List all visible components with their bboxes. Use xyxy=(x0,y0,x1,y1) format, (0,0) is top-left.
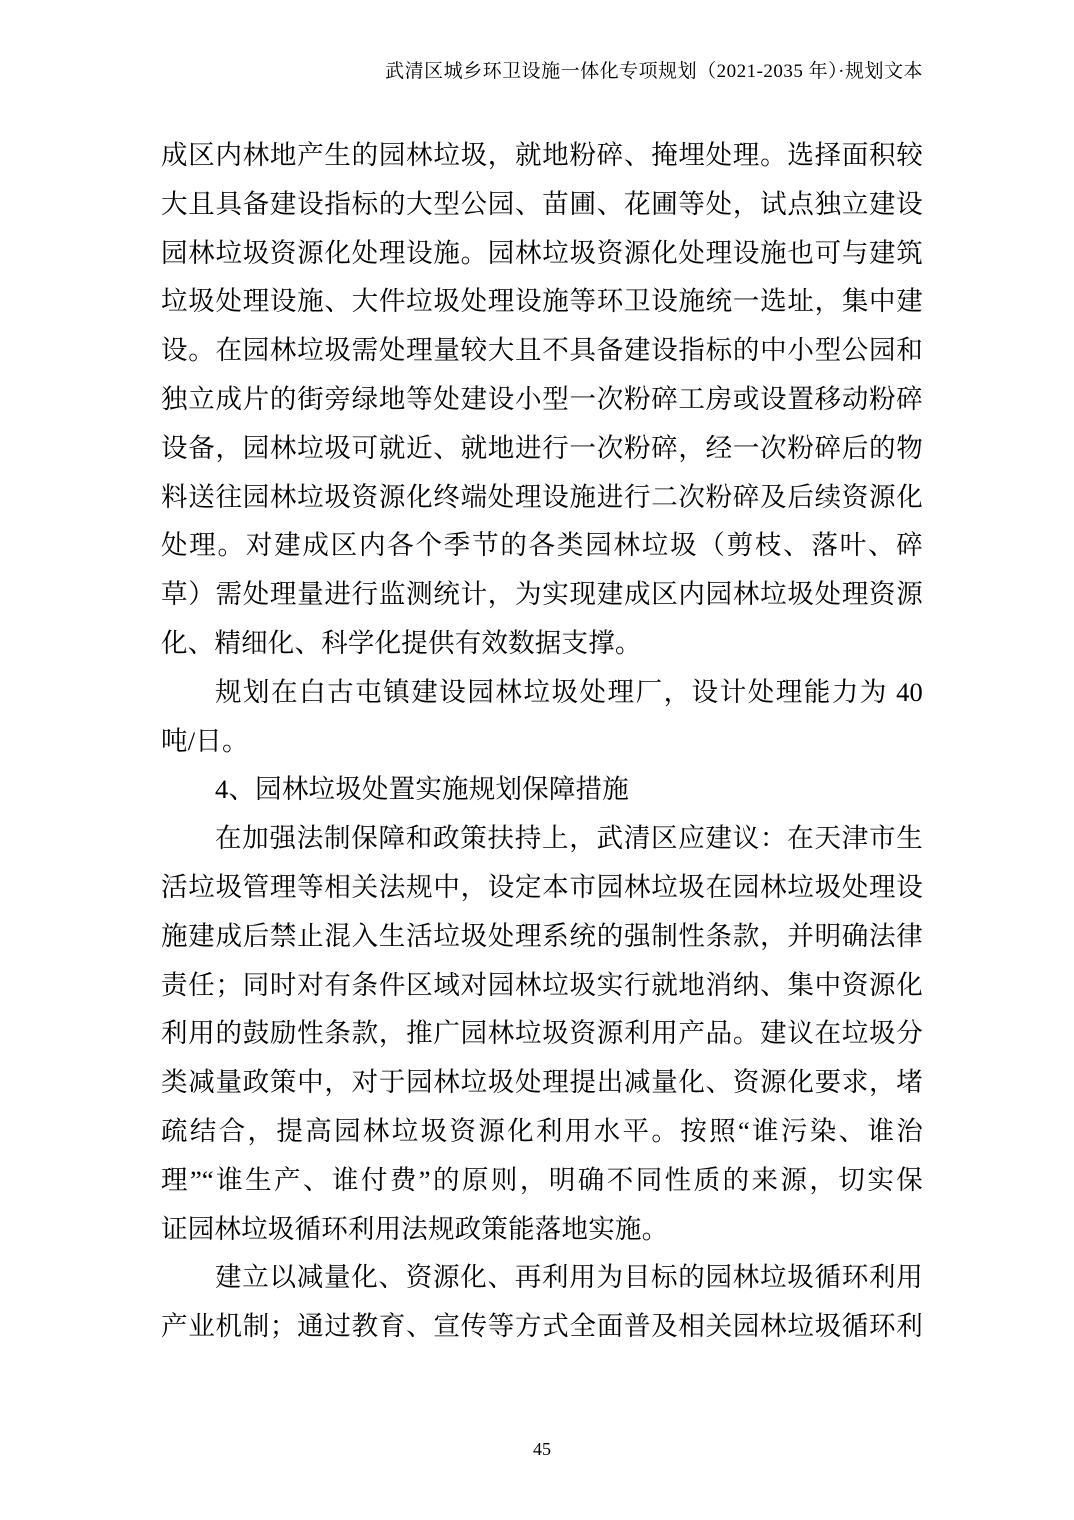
page-number: 45 xyxy=(161,1436,923,1462)
text-line: 证园林垃圾循环利用法规政策能落地实施。 xyxy=(161,1205,923,1254)
text-line: 类减量政策中，对于园林垃圾处理提出减量化、资源化要求，堵 xyxy=(161,1058,923,1107)
text-line: 在加强法制保障和政策扶持上，武清区应建议：在天津市生 xyxy=(161,814,923,863)
text-line: 疏结合，提高园林垃圾资源化利用水平。按照“谁污染、谁治 xyxy=(161,1107,923,1156)
page-header: 武清区城乡环卫设施一体化专项规划（2021-2035 年）·规划文本 xyxy=(161,56,923,88)
text-line: 吨/日。 xyxy=(161,717,923,766)
text-line: 建立以减量化、资源化、再利用为目标的园林垃圾循环利用 xyxy=(161,1253,923,1302)
text-line: 垃圾处理设施、大件垃圾处理设施等环卫设施统一选址，集中建 xyxy=(161,277,923,326)
text-line: 园林垃圾资源化处理设施。园林垃圾资源化处理设施也可与建筑 xyxy=(161,229,923,278)
text-line: 理”“谁生产、谁付费”的原则，明确不同性质的来源，切实保 xyxy=(161,1156,923,1205)
document-page: 武清区城乡环卫设施一体化专项规划（2021-2035 年）·规划文本 成区内林地… xyxy=(0,0,1074,1520)
text-line: 设。在园林垃圾需处理量较大且不具备建设指标的中小型公园和 xyxy=(161,326,923,375)
text-line: 大且具备建设指标的大型公园、苗圃、花圃等处，试点独立建设 xyxy=(161,180,923,229)
text-line: 利用的鼓励性条款，推广园林垃圾资源利用产品。建议在垃圾分 xyxy=(161,1009,923,1058)
text-line: 独立成片的街旁绿地等处建设小型一次粉碎工房或设置移动粉碎 xyxy=(161,375,923,424)
text-line: 设备，园林垃圾可就近、就地进行一次粉碎，经一次粉碎后的物 xyxy=(161,424,923,473)
text-line: 4、园林垃圾处置实施规划保障措施 xyxy=(161,765,923,814)
text-line: 活垃圾管理等相关法规中，设定本市园林垃圾在园林垃圾处理设 xyxy=(161,863,923,912)
text-line: 施建成后禁止混入生活垃圾处理系统的强制性条款，并明确法律 xyxy=(161,912,923,961)
text-line: 料送往园林垃圾资源化终端处理设施进行二次粉碎及后续资源化 xyxy=(161,473,923,522)
text-line: 处理。对建成区内各个季节的各类园林垃圾（剪枝、落叶、碎 xyxy=(161,521,923,570)
text-line: 草）需处理量进行监测统计，为实现建成区内园林垃圾处理资源 xyxy=(161,570,923,619)
text-line: 产业机制；通过教育、宣传等方式全面普及相关园林垃圾循环利 xyxy=(161,1302,923,1351)
text-line: 化、精细化、科学化提供有效数据支撑。 xyxy=(161,619,923,668)
text-line: 规划在白古屯镇建设园林垃圾处理厂，设计处理能力为 40 xyxy=(161,668,923,717)
document-body: 成区内林地产生的园林垃圾，就地粉碎、掩埋处理。选择面积较大且具备建设指标的大型公… xyxy=(161,131,923,1351)
text-line: 责任；同时对有条件区域对园林垃圾实行就地消纳、集中资源化 xyxy=(161,961,923,1010)
text-line: 成区内林地产生的园林垃圾，就地粉碎、掩埋处理。选择面积较 xyxy=(161,131,923,180)
